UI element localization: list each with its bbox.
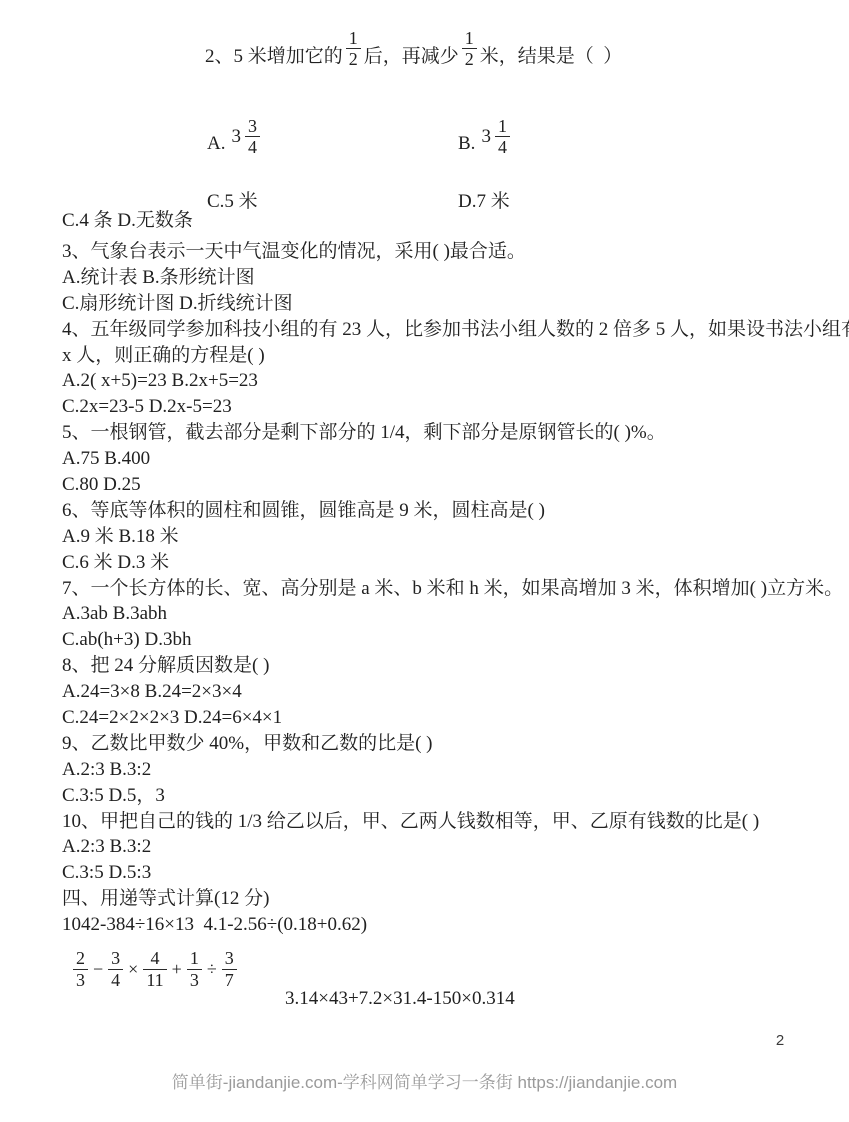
text-line: 5、一根钢管，截去部分是剩下部分的 1/4，剩下部分是原钢管长的( )%。	[62, 420, 849, 446]
fraction-numerator: 1	[495, 116, 510, 137]
fraction: 1 3	[187, 948, 202, 991]
section-heading: 四、用递等式计算(12 分)	[62, 886, 849, 912]
fraction-numerator: 3	[245, 116, 260, 137]
fraction-one-half: 1 2	[346, 28, 361, 69]
text-line: A.3ab B.3abh	[62, 601, 849, 627]
fraction-numerator: 3	[222, 948, 237, 970]
fraction-three-quarters: 3 4	[245, 116, 260, 157]
fraction-expression: 2 3 − 3 4 × 4 11 + 1 3 ÷ 3 7	[72, 948, 238, 991]
text-line: C.80 D.25	[62, 472, 849, 498]
mixed-whole: 3	[231, 126, 241, 148]
text-line: 4、五年级同学参加科技小组的有 23 人，比参加书法小组人数的 2 倍多 5 人…	[62, 317, 849, 343]
fraction-denominator: 11	[143, 970, 166, 991]
text-line: C.扇形统计图 D.折线统计图	[62, 291, 849, 317]
question-2-stem: 2、5 米增加它的 1 2 后，再减少 1 2 米，结果是（ ）	[205, 28, 622, 69]
text-line: 10、甲把自己的钱的 1/3 给乙以后，甲、乙两人钱数相等，甲、乙原有钱数的比是…	[62, 809, 849, 835]
page-number: 2	[770, 1032, 790, 1049]
text-line: 9、乙数比甲数少 40%，甲数和乙数的比是( )	[62, 731, 849, 757]
text-line: 6、等底等体积的圆柱和圆锥，圆锥高是 9 米，圆柱高是( )	[62, 498, 849, 524]
text-line: C.3:5 D.5，3	[62, 783, 849, 809]
fraction-numerator: 1	[346, 28, 361, 49]
text-line: A.2:3 B.3:2	[62, 757, 849, 783]
text-line: 7、一个长方体的长、宽、高分别是 a 米、b 米和 h 米，如果高增加 3 米，…	[62, 576, 849, 602]
fraction-denominator: 2	[462, 49, 477, 69]
fraction-numerator: 1	[462, 28, 477, 49]
fraction: 2 3	[73, 948, 88, 991]
fraction-one-half: 1 2	[462, 28, 477, 69]
plus-operator: +	[172, 959, 182, 980]
text-line: A.2( x+5)=23 B.2x+5=23	[62, 368, 849, 394]
minus-operator: −	[93, 959, 103, 980]
fraction-numerator: 4	[143, 948, 166, 970]
fraction-denominator: 3	[73, 970, 88, 991]
fraction-denominator: 4	[108, 970, 123, 991]
fraction: 4 11	[143, 948, 166, 991]
text-line: A.2:3 B.3:2	[62, 834, 849, 860]
text-line: C.3:5 D.5:3	[62, 860, 849, 886]
text-line: C.2x=23-5 D.2x-5=23	[62, 394, 849, 420]
fraction: 3 7	[222, 948, 237, 991]
fraction-numerator: 2	[73, 948, 88, 970]
question-lines: 3、气象台表示一天中气温变化的情况，采用( )最合适。 A.统计表 B.条形统计…	[62, 239, 849, 938]
carryover-options-line: C.4 条 D.无数条	[62, 208, 193, 234]
arithmetic-expression: 3.14×43+7.2×31.4-150×0.314	[285, 988, 515, 1010]
fraction-denominator: 3	[187, 970, 202, 991]
document-page: 2、5 米增加它的 1 2 后，再减少 1 2 米，结果是（ ） A. 3 3 …	[0, 0, 849, 1122]
fraction-one-quarter: 1 4	[495, 116, 510, 157]
text-line: x 人，则正确的方程是( )	[62, 343, 849, 369]
text-line: C.24=2×2×2×3 D.24=6×4×1	[62, 705, 849, 731]
question-2-stem-mid: 后，再减少	[364, 45, 459, 69]
mixed-whole: 3	[481, 126, 491, 148]
fraction-numerator: 3	[108, 948, 123, 970]
text-line: A.24=3×8 B.24=2×3×4	[62, 679, 849, 705]
text-line: A.9 米 B.18 米	[62, 524, 849, 550]
question-2-stem-suffix: 米，结果是（ ）	[480, 45, 623, 69]
question-2-option-c: C.5 米	[207, 189, 258, 215]
fraction-denominator: 4	[245, 137, 260, 157]
text-line: 8、把 24 分解质因数是( )	[62, 653, 849, 679]
mixed-number: 3 3 4	[231, 116, 263, 157]
text-line: A.统计表 B.条形统计图	[62, 265, 849, 291]
text-line: C.6 米 D.3 米	[62, 550, 849, 576]
fraction-denominator: 2	[346, 49, 361, 69]
text-line: A.75 B.400	[62, 446, 849, 472]
text-line: 3、气象台表示一天中气温变化的情况，采用( )最合适。	[62, 239, 849, 265]
option-a-label: A.	[207, 134, 225, 154]
multiply-operator: ×	[128, 959, 138, 980]
footer-watermark: 简单街-jiandanjie.com-学科网简单学习一条街 https://ji…	[0, 1068, 849, 1093]
question-2-stem-prefix: 2、5 米增加它的	[205, 45, 343, 69]
question-2-option-b: B. 3 1 4	[458, 116, 513, 157]
fraction-denominator: 4	[495, 137, 510, 157]
text-line: C.ab(h+3) D.3bh	[62, 627, 849, 653]
mixed-number: 3 1 4	[481, 116, 513, 157]
fraction-numerator: 1	[187, 948, 202, 970]
fraction-denominator: 7	[222, 970, 237, 991]
fraction: 3 4	[108, 948, 123, 991]
text-line: 1042-384÷16×13 4.1-2.56÷(0.18+0.62)	[62, 912, 849, 938]
option-b-label: B.	[458, 134, 475, 154]
divide-operator: ÷	[207, 959, 217, 980]
question-2-option-a: A. 3 3 4	[207, 116, 263, 157]
question-2-option-d: D.7 米	[458, 189, 510, 215]
